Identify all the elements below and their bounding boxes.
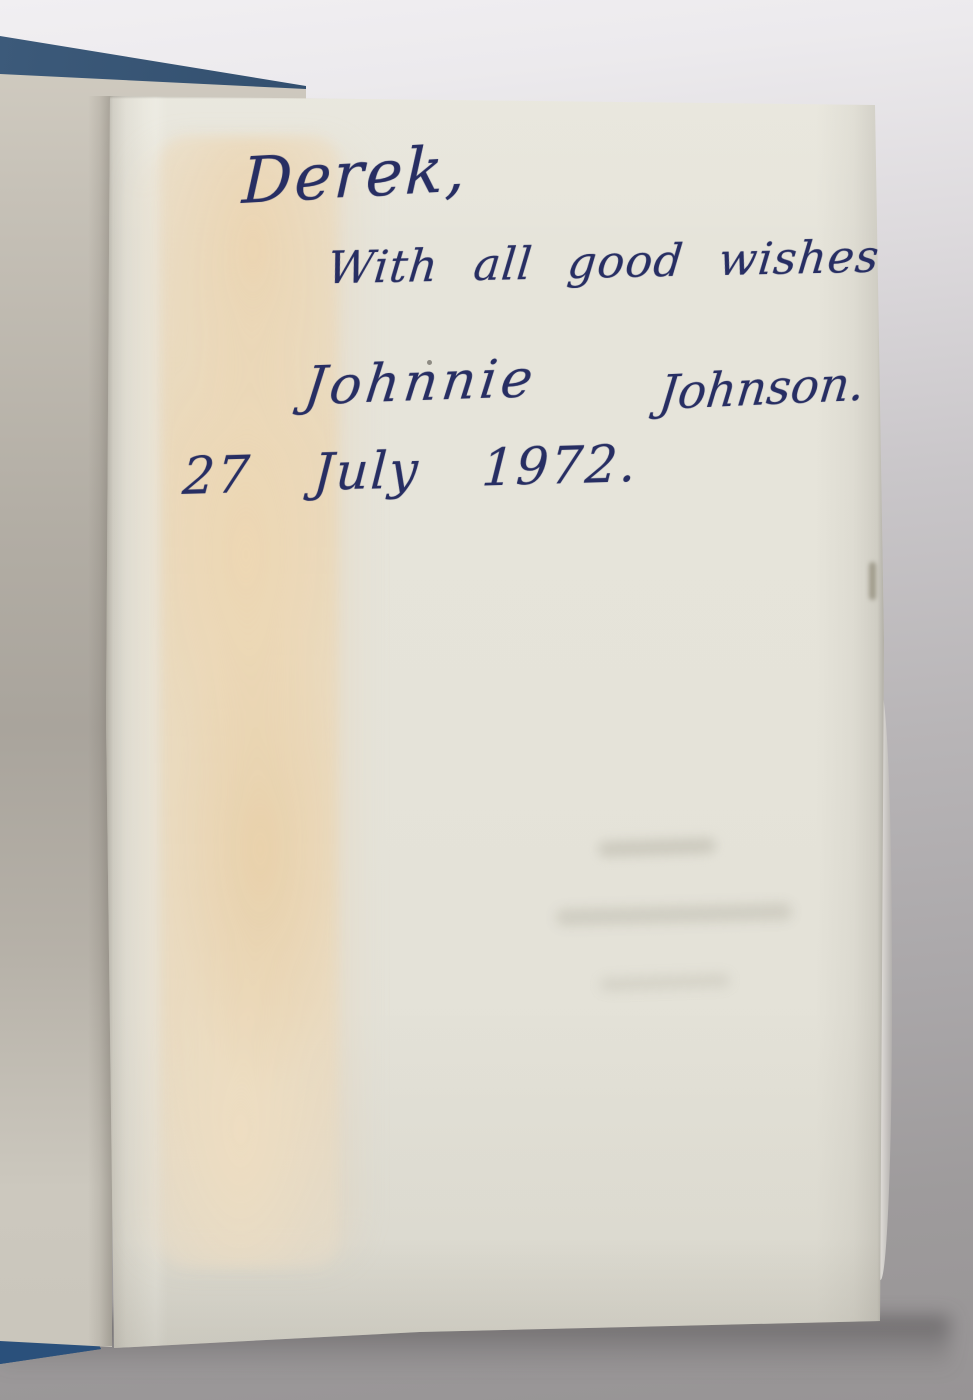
date-year: 1972. [480,439,639,494]
print-showthrough-mark [600,974,730,992]
page-right-edge-shading [816,100,884,1326]
date-day: 27 [181,450,253,503]
inscribed-endpaper-page: Derek, With all good wishes, Johnnie Joh… [0,0,973,1400]
inscription-greeting: With all good wishes, [325,233,897,290]
signature-surname: Johnson. [657,361,867,418]
print-showthrough-mark [556,903,792,926]
inscription-date: 27 July 1972. [181,439,639,503]
book-inscription-photo: Derek, With all good wishes, Johnnie Joh… [0,0,973,1400]
date-month: July [312,445,421,499]
signature-first-name: Johnnie [301,352,539,413]
tan-offset-stain [161,136,338,1268]
inscription-recipient: Derek, [241,137,468,213]
print-showthrough-mark [598,838,716,857]
edge-smudge-mark [869,562,876,600]
